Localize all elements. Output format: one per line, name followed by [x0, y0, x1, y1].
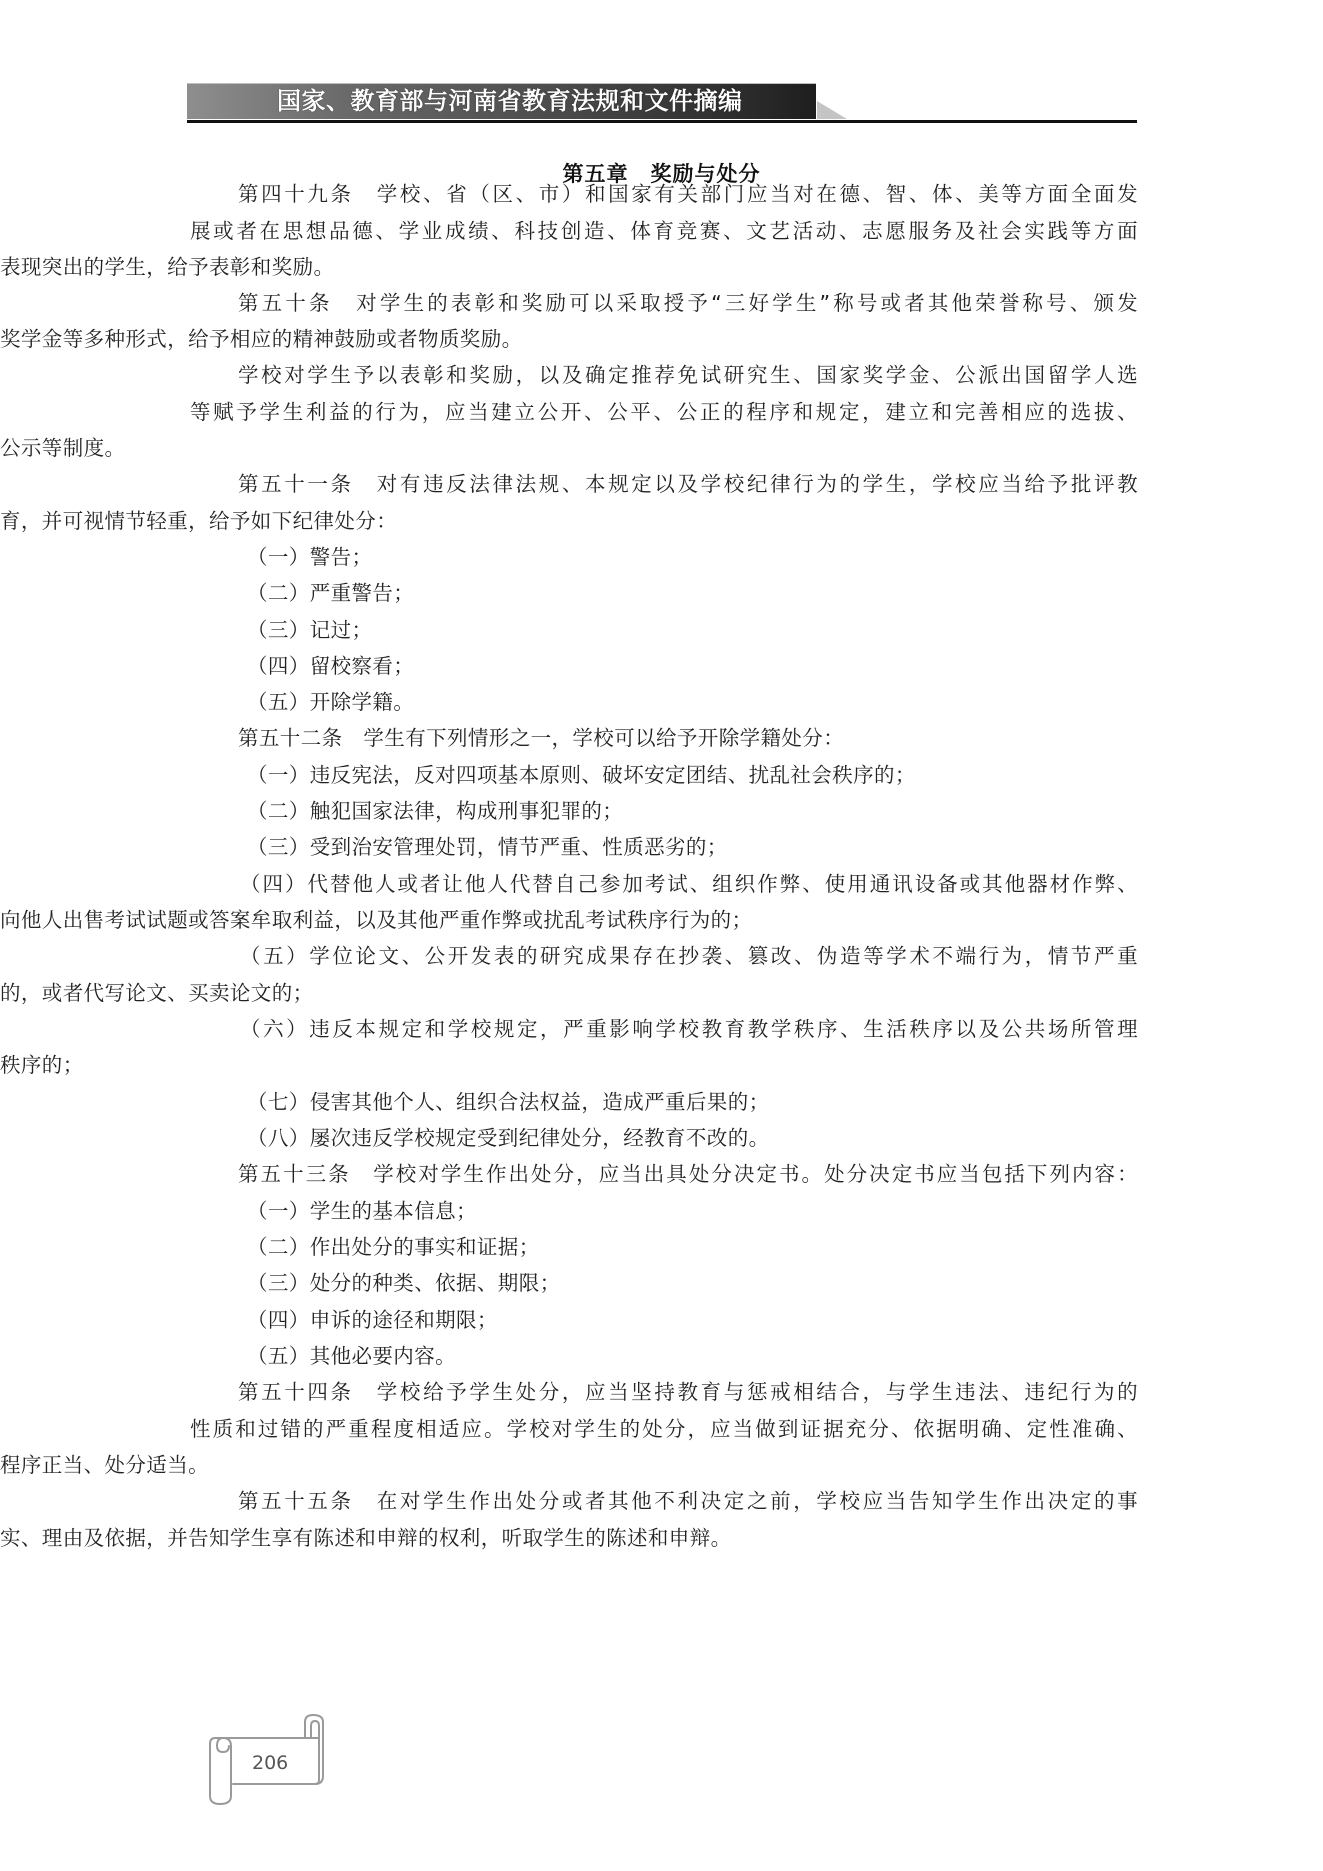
text-line: （七）侵害其他个人、组织合法权益，造成严重后果的； [247, 1088, 770, 1116]
text-line: 实、理由及依据，并告知学生享有陈述和申辩的权利，听取学生的陈述和申辩。 [0, 1524, 732, 1552]
text-line: （四）申诉的途径和期限； [247, 1306, 498, 1334]
header-corner-decoration [817, 101, 847, 119]
text-line: 第五十二条 学生有下列情形之一，学校可以给予开除学籍处分： [238, 724, 844, 752]
header-divider-rule [187, 120, 1137, 123]
text-line: 向他人出售考试试题或答案牟取利益，以及其他严重作弊或扰乱考试秩序行为的； [0, 906, 752, 934]
text-line: （八）屡次违反学校规定受到纪律处分，经教育不改的。 [247, 1124, 770, 1152]
text-line: （五）学位论文、公开发表的研究成果存在抄袭、篡改、伪造等学术不端行为，情节严重 [240, 942, 1138, 970]
text-line: 等赋予学生利益的行为，应当建立公开、公平、公正的程序和规定，建立和完善相应的选拔… [190, 398, 1138, 426]
text-line: （二）作出处分的事实和证据； [247, 1233, 540, 1261]
text-line: 第五十三条 学校对学生作出处分，应当出具处分决定书。处分决定书应当包括下列内容： [238, 1160, 1138, 1188]
text-line: 学校对学生予以表彰和奖励，以及确定推荐免试研究生、国家奖学金、公派出国留学人选 [238, 361, 1138, 389]
text-line: （二）严重警告； [247, 579, 414, 607]
text-line: （六）违反本规定和学校规定，严重影响学校教育教学秩序、生活秩序以及公共场所管理 [240, 1015, 1138, 1043]
text-line: （三）记过； [247, 616, 372, 644]
text-line: （五）开除学籍。 [247, 688, 414, 716]
text-line: 的，或者代写论文、买卖论文的； [0, 979, 314, 1007]
text-line: （四）代替他人或者让他人代替自己参加考试、组织作弊、使用通讯设备或其他器材作弊、 [240, 870, 1138, 898]
text-line: （一）警告； [247, 543, 372, 571]
document-page: 国家、教育部与河南省教育法规和文件摘编 第五章 奖励与处分 第四十九条 学校、省… [0, 0, 1323, 1871]
text-line: 第五十条 对学生的表彰和奖励可以采取授予“三好学生”称号或者其他荣誉称号、颁发 [238, 289, 1138, 317]
running-header-title: 国家、教育部与河南省教育法规和文件摘编 [277, 86, 743, 116]
text-line: （三）受到治安管理处罚，情节严重、性质恶劣的； [247, 833, 728, 861]
text-line: 第五十一条 对有违反法律法规、本规定以及学校纪律行为的学生，学校应当给予批评教 [238, 470, 1138, 498]
text-line: 程序正当、处分适当。 [0, 1451, 209, 1479]
text-line: 表现突出的学生，给予表彰和奖励。 [0, 253, 334, 281]
text-line: 公示等制度。 [0, 434, 125, 462]
text-line: 第四十九条 学校、省（区、市）和国家有关部门应当对在德、智、体、美等方面全面发 [238, 180, 1138, 208]
text-line: （一）违反宪法，反对四项基本原则、破坏安定团结、扰乱社会秩序的； [247, 761, 916, 789]
running-header-banner: 国家、教育部与河南省教育法规和文件摘编 [187, 83, 816, 119]
text-line: （五）其他必要内容。 [247, 1342, 456, 1370]
text-line: 第五十五条 在对学生作出处分或者其他不利决定之前，学校应当告知学生作出决定的事 [238, 1487, 1138, 1515]
text-line: （四）留校察看； [247, 652, 414, 680]
text-line: （三）处分的种类、依据、期限； [247, 1269, 561, 1297]
text-line: 第五十四条 学校给予学生处分，应当坚持教育与惩戒相结合，与学生违法、违纪行为的 [238, 1378, 1138, 1406]
text-line: （二）触犯国家法律，构成刑事犯罪的； [247, 797, 623, 825]
text-line: 性质和过错的严重程度相适应。学校对学生的处分，应当做到证据充分、依据明确、定性准… [190, 1415, 1138, 1443]
text-line: 秩序的； [0, 1051, 84, 1079]
page-number: 206 [252, 1752, 288, 1774]
text-line: 奖学金等多种形式，给予相应的精神鼓励或者物质奖励。 [0, 325, 523, 353]
text-line: 展或者在思想品德、学业成绩、科技创造、体育竞赛、文艺活动、志愿服务及社会实践等方… [190, 217, 1138, 245]
text-line: （一）学生的基本信息； [247, 1197, 477, 1225]
text-line: 育，并可视情节轻重，给予如下纪律处分： [0, 507, 397, 535]
